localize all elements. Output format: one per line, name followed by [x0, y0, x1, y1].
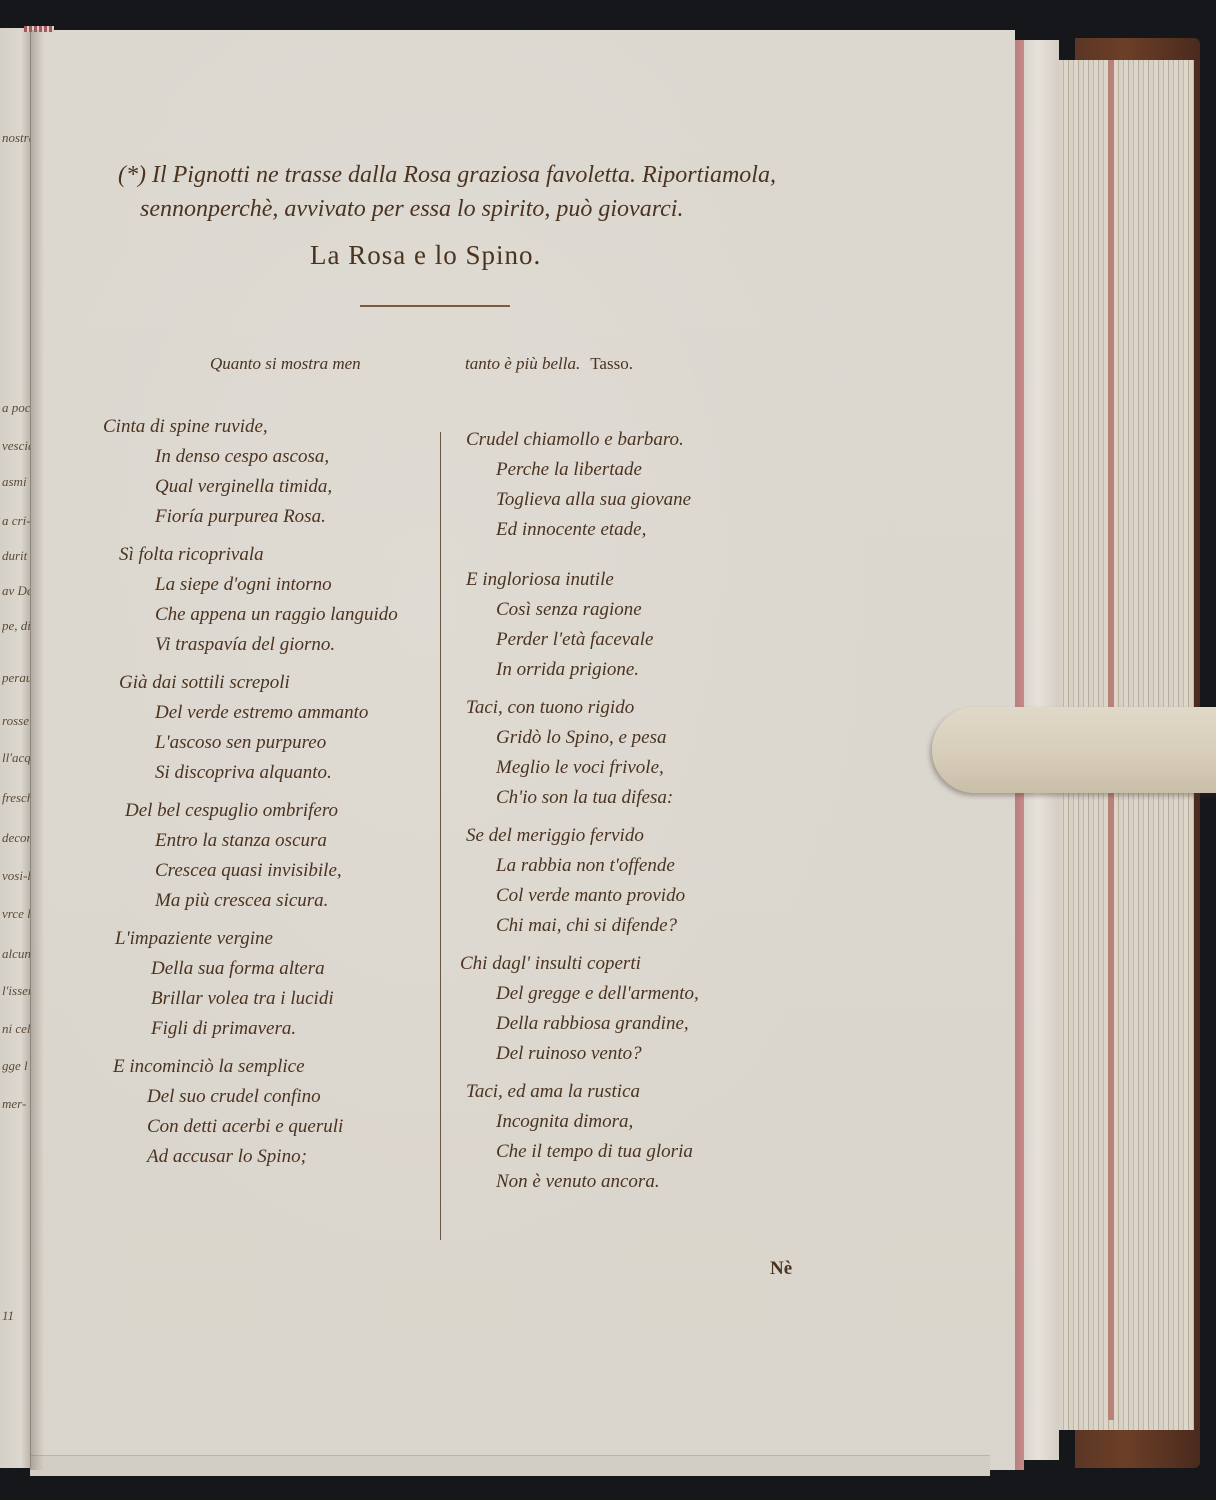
- stanza: Se del meriggio fervido La rabbia non t'…: [466, 821, 699, 941]
- verse-line: Ed innocente etade,: [466, 515, 699, 545]
- verse-line: Qual verginella timida,: [103, 472, 398, 502]
- facing-fragment: mer-: [2, 1096, 30, 1112]
- poem-right-column: Crudel chiamollo e barbaro. Perche la li…: [466, 425, 699, 1197]
- verse-line: Del gregge e dell'armento,: [460, 979, 699, 1009]
- verse-line: Ch'io son la tua difesa:: [466, 783, 699, 813]
- footnote-line-2: sennonperchè, avvivato per essa lo spiri…: [118, 192, 776, 226]
- facing-fragment: vescia: [2, 438, 30, 454]
- facing-fragment: vrce l: [2, 906, 30, 922]
- facing-fragment: asmi: [2, 474, 30, 490]
- verse-line: L'impaziente vergine: [115, 924, 398, 954]
- verse-line: Ad accusar lo Spino;: [113, 1142, 398, 1172]
- verse-line: Fioría purpurea Rosa.: [103, 502, 398, 532]
- title-underline-rule: [360, 305, 510, 307]
- facing-fragment: a poco: [2, 400, 30, 416]
- verse-line: E ingloriosa inutile: [466, 565, 699, 595]
- poem-title: La Rosa e lo Spino.: [310, 240, 541, 271]
- page-bottom-edge: [30, 1455, 990, 1476]
- facing-fragment: ni cele: [2, 1021, 30, 1037]
- verse-line: In orrida prigione.: [466, 655, 699, 685]
- verse-line: Del bel cespuglio ombrifero: [125, 796, 398, 826]
- facing-page-number: 11: [2, 1308, 30, 1324]
- facing-fragment: durit: [2, 548, 30, 564]
- stanza: Taci, ed ama la rustica Incognita dimora…: [466, 1077, 699, 1197]
- verse-line: Brillar volea tra i lucidi: [115, 984, 398, 1014]
- verse-line: In denso cespo ascosa,: [103, 442, 398, 472]
- verse-line: Che appena un raggio languido: [119, 600, 398, 630]
- verse-line: Del verde estremo ammanto: [119, 698, 398, 728]
- verse-line: Gridò lo Spino, e pesa: [466, 723, 699, 753]
- stanza: Chi dagl' insulti coperti Del gregge e d…: [460, 949, 699, 1069]
- facing-fragment: vosi-le: [2, 868, 30, 884]
- catchword: Nè: [770, 1258, 792, 1280]
- stanza: Cinta di spine ruvide, In denso cespo as…: [103, 412, 398, 532]
- poem-left-column: Cinta di spine ruvide, In denso cespo as…: [103, 412, 398, 1172]
- verse-line: Se del meriggio fervido: [466, 821, 699, 851]
- verse-line: Figli di primavera.: [115, 1014, 398, 1044]
- epigraph-part-2: tanto è più bella.Tasso.: [465, 354, 633, 374]
- facing-fragment: decoru: [2, 830, 30, 846]
- verse-line: Del ruinoso vento?: [460, 1039, 699, 1069]
- verse-line: Chi mai, chi si difende?: [466, 911, 699, 941]
- verse-line: La siepe d'ogni intorno: [119, 570, 398, 600]
- epigraph-text: tanto è più bella.: [465, 354, 580, 373]
- facing-page: nostra a poco vescia asmi a cri- durit a…: [0, 28, 31, 1468]
- verse-line: Del suo crudel confino: [113, 1082, 398, 1112]
- verse-line: L'ascoso sen purpureo: [119, 728, 398, 758]
- verse-line: Vi traspavía del giorno.: [119, 630, 398, 660]
- verse-line: Della sua forma altera: [115, 954, 398, 984]
- epigraph-author: Tasso.: [590, 354, 633, 373]
- gutter-shadow: [30, 30, 44, 1470]
- stanza: Del bel cespuglio ombrifero Entro la sta…: [103, 796, 398, 916]
- facing-fragment: perau: [2, 670, 30, 686]
- verse-line: Cinta di spine ruvide,: [103, 412, 398, 442]
- stanza: Già dai sottili screpoli Del verde estre…: [103, 668, 398, 788]
- facing-fragment: nostra: [2, 130, 30, 146]
- stanza: Crudel chiamollo e barbaro. Perche la li…: [466, 425, 699, 545]
- verse-line: Col verde manto provido: [466, 881, 699, 911]
- verse-line: Entro la stanza oscura: [125, 826, 398, 856]
- facing-fragment: freschi: [2, 790, 30, 806]
- facing-fragment: gge l: [2, 1058, 30, 1074]
- verse-line: Chi dagl' insulti coperti: [460, 949, 699, 979]
- verse-line: Non è venuto ancora.: [466, 1167, 699, 1197]
- facing-fragment: alcun: [2, 946, 30, 962]
- verse-line: Ma più crescea sicura.: [125, 886, 398, 916]
- verse-line: Incognita dimora,: [466, 1107, 699, 1137]
- verse-line: La rabbia non t'offende: [466, 851, 699, 881]
- verse-line: E incominciò la semplice: [113, 1052, 398, 1082]
- facing-fragment: a cri-: [2, 513, 30, 529]
- verse-line: Si discopriva alquanto.: [119, 758, 398, 788]
- column-divider-line: [440, 432, 441, 1240]
- facing-fragment: l'isser: [2, 983, 30, 999]
- verse-line: Crescea quasi invisibile,: [125, 856, 398, 886]
- verse-line: Così senza ragione: [466, 595, 699, 625]
- manuscript-photo: nostra a poco vescia asmi a cri- durit a…: [0, 0, 1216, 1500]
- verse-line: Sì folta ricoprivala: [119, 540, 398, 570]
- verse-line: Che il tempo di tua gloria: [466, 1137, 699, 1167]
- verse-line: Taci, ed ama la rustica: [466, 1077, 699, 1107]
- stanza: E ingloriosa inutile Così senza ragione …: [466, 565, 699, 685]
- verse-line: Perder l'età facevale: [466, 625, 699, 655]
- verse-line: Meglio le voci frivole,: [466, 753, 699, 783]
- verse-line: Già dai sottili screpoli: [119, 668, 398, 698]
- verse-line: Con detti acerbi e queruli: [113, 1112, 398, 1142]
- verse-line: Toglieva alla sua giovane: [466, 485, 699, 515]
- bone-folder-bookmark: [932, 707, 1216, 793]
- epigraph-part-1: Quanto si mostra men: [210, 354, 361, 374]
- stanza: E incominciò la semplice Del suo crudel …: [103, 1052, 398, 1172]
- facing-fragment: av Del: [2, 583, 30, 599]
- footnote: (*) Il Pignotti ne trasse dalla Rosa gra…: [118, 158, 776, 226]
- verse-line: Taci, con tuono rigido: [466, 693, 699, 723]
- facing-fragment: ll'acqu: [2, 750, 30, 766]
- verse-line: Perche la libertade: [466, 455, 699, 485]
- verse-line: Della rabbiosa grandine,: [460, 1009, 699, 1039]
- stanza: Taci, con tuono rigido Gridò lo Spino, e…: [466, 693, 699, 813]
- footnote-line-1: (*) Il Pignotti ne trasse dalla Rosa gra…: [118, 158, 776, 192]
- stanza: L'impaziente vergine Della sua forma alt…: [103, 924, 398, 1044]
- stanza: Sì folta ricoprivala La siepe d'ogni int…: [103, 540, 398, 660]
- facing-fragment: rosse: [2, 713, 30, 729]
- facing-fragment: pe, di: [2, 618, 30, 634]
- verse-line: Crudel chiamollo e barbaro.: [466, 425, 699, 455]
